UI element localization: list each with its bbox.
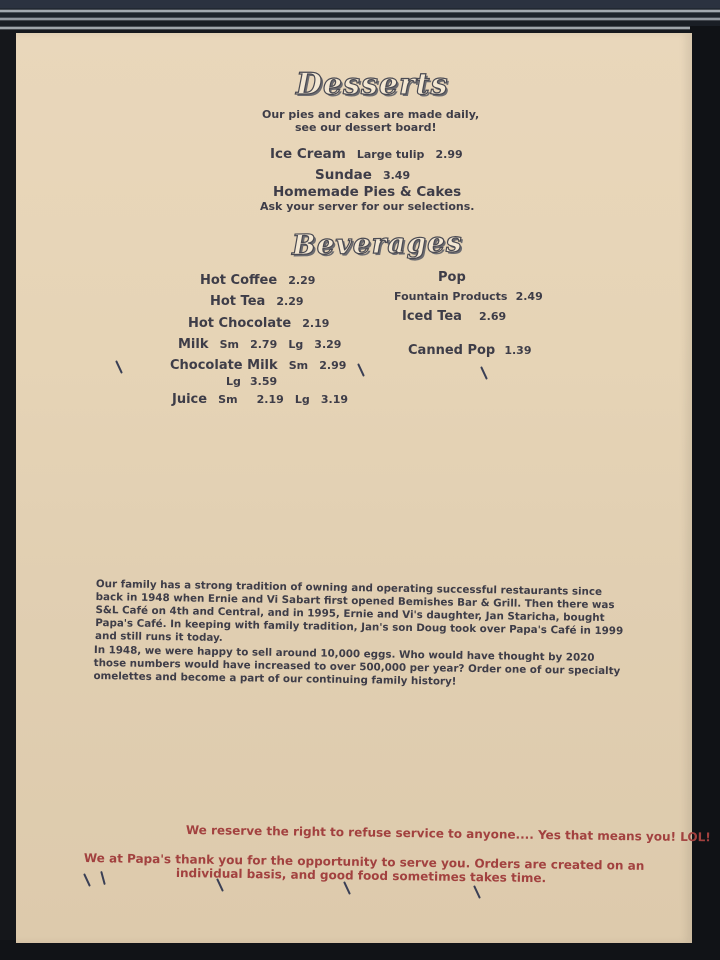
price-small: 2.79 <box>250 338 277 351</box>
item-name: Canned Pop <box>408 343 495 358</box>
item-name: Hot Coffee <box>200 273 277 288</box>
binder-mark <box>473 885 481 899</box>
history-paragraph-1: Our family has a strong tradition of own… <box>95 578 626 651</box>
binder-left-edge <box>0 30 16 960</box>
item-price: 1.39 <box>504 344 531 357</box>
price-large: 3.59 <box>250 375 277 388</box>
chocolate-milk-large: Lg 3.59 <box>226 370 277 389</box>
item-price: 2.29 <box>276 295 303 308</box>
binder-mark <box>480 366 488 380</box>
refuse-service-notice: We reserve the right to refuse service t… <box>186 823 711 844</box>
desserts-intro-line1: Our pies and cakes are made daily, <box>262 108 479 121</box>
price-small: 2.99 <box>319 359 346 372</box>
binder-mark <box>83 873 91 887</box>
item-detail: Fountain Products <box>394 290 507 303</box>
binder-right-edge <box>690 26 720 960</box>
menu-item-juice: Juice Sm 2.19 Lg 3.19 <box>172 388 348 407</box>
item-price: 3.49 <box>383 169 410 182</box>
binder-mark <box>343 881 351 895</box>
price-large: 3.29 <box>314 338 341 351</box>
menu-page: Desserts Our pies and cakes are made dai… <box>16 33 692 943</box>
size-label-large: Lg <box>288 338 303 351</box>
pies-cakes-note: Ask your server for our selections. <box>260 200 474 213</box>
item-name: Hot Chocolate <box>188 316 291 331</box>
menu-item-ice-cream: Ice Cream Large tulip 2.99 <box>270 143 463 162</box>
price-large: 3.19 <box>321 393 348 406</box>
size-label-large: Lg <box>226 375 241 388</box>
menu-item-pop: Pop <box>438 270 466 285</box>
menu-item-milk: Milk Sm 2.79 Lg 3.29 <box>178 333 341 352</box>
menu-item-canned-pop: Canned Pop 1.39 <box>408 339 531 358</box>
menu-item-sundae: Sundae 3.49 <box>315 164 410 183</box>
desserts-heading: Desserts <box>296 67 449 102</box>
binder-mark <box>357 363 365 377</box>
desserts-intro-line2: see our dessert board! <box>295 121 437 134</box>
menu-item-hot-coffee: Hot Coffee 2.29 <box>200 269 315 288</box>
item-name: Juice <box>172 392 207 407</box>
menu-item-hot-tea: Hot Tea 2.29 <box>210 290 304 309</box>
item-name: Hot Tea <box>210 294 265 309</box>
item-price: 2.69 <box>479 310 506 323</box>
item-name: Ice Cream <box>270 146 346 162</box>
size-label-large: Lg <box>295 393 310 406</box>
binder-mark <box>115 360 123 374</box>
item-price: 2.19 <box>302 317 329 330</box>
binder-mark <box>100 871 106 885</box>
item-price: 2.99 <box>436 148 463 161</box>
history-paragraph-2: In 1948, we were happy to sell around 10… <box>93 644 624 691</box>
item-price: 2.29 <box>288 274 315 287</box>
item-name: Iced Tea <box>402 309 462 324</box>
menu-item-hot-chocolate: Hot Chocolate 2.19 <box>188 312 329 331</box>
menu-item-iced-tea: Iced Tea 2.69 <box>402 305 506 324</box>
item-name: Sundae <box>315 167 372 183</box>
beverages-heading: Beverages <box>292 226 463 262</box>
size-label-small: Sm <box>289 359 308 372</box>
item-name: Milk <box>178 337 209 352</box>
size-label-small: Sm <box>220 338 239 351</box>
item-price: 2.49 <box>516 290 543 303</box>
binder-top-edge <box>0 0 720 34</box>
binder-bottom-edge <box>0 940 720 960</box>
price-small: 2.19 <box>257 393 284 406</box>
item-size: Large tulip <box>357 148 425 161</box>
pop-fountain-products: Fountain Products 2.49 <box>394 285 543 304</box>
size-label-small: Sm <box>218 393 237 406</box>
menu-item-pies-cakes: Homemade Pies & Cakes <box>273 184 461 200</box>
